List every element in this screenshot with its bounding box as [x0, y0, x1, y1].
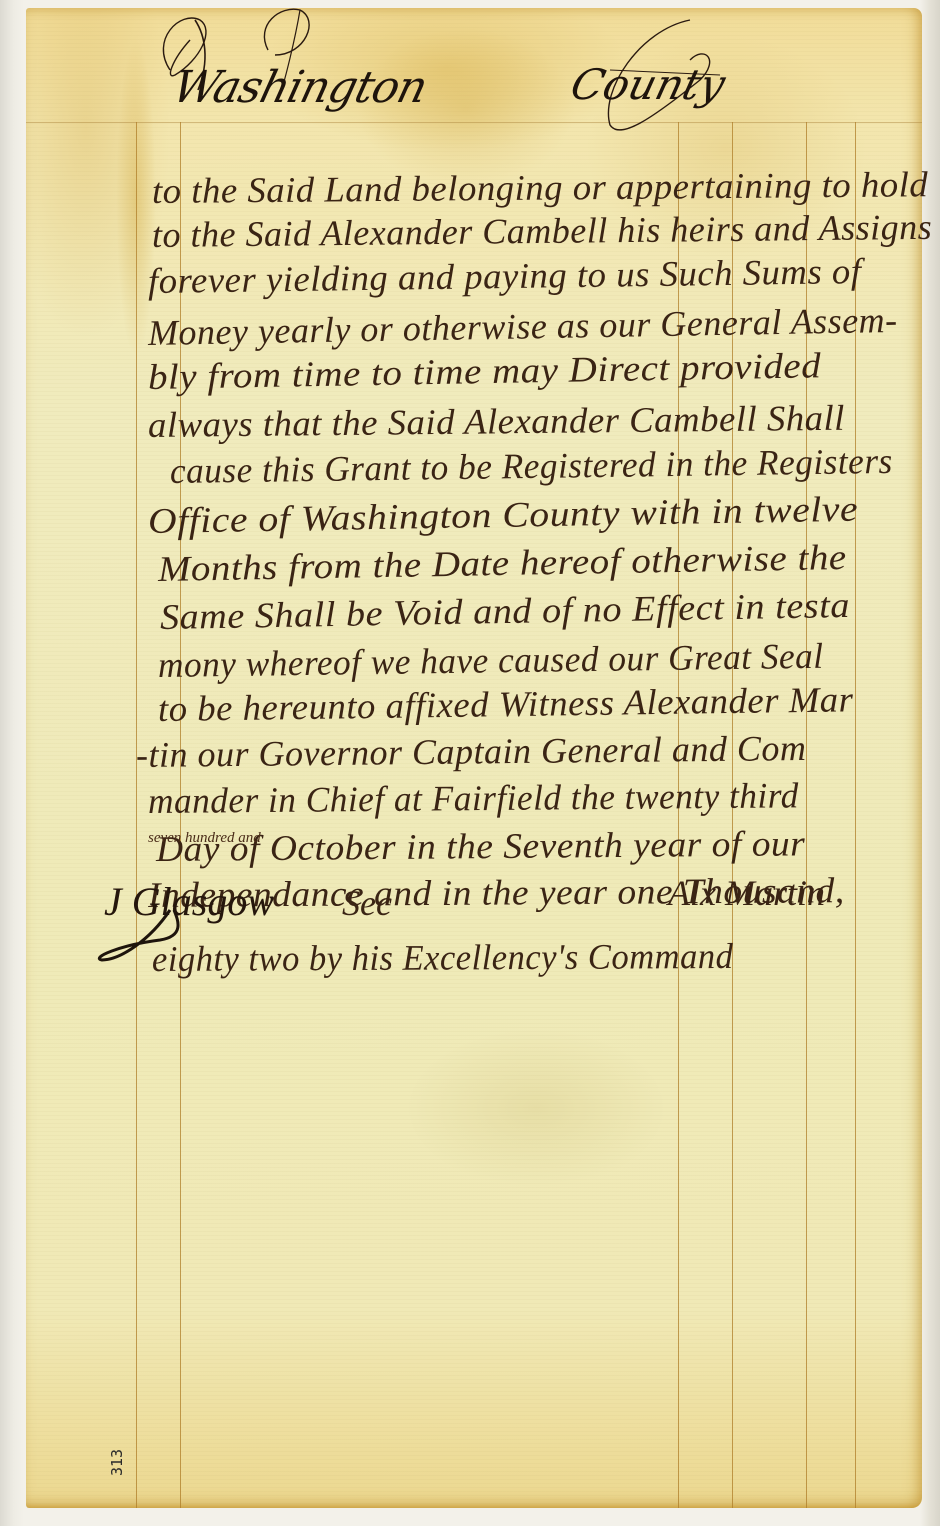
governor-signature: Alx Martin	[668, 872, 825, 914]
text-line: mander in Chief at Fairfield the twenty …	[148, 774, 799, 824]
heading-county-name: Washington	[168, 62, 432, 113]
foxing-stain	[406, 1028, 666, 1188]
interlinear-insertion: seven hundred and	[148, 830, 261, 847]
secretary-signature: J Glasgow	[104, 878, 274, 925]
header-rule-line	[26, 122, 922, 123]
folio-number: 313	[108, 1449, 126, 1476]
text-line: -tin our Governor Captain General and Co…	[136, 727, 807, 778]
secretary-title: Sec	[342, 882, 392, 924]
heading-county-label: County	[566, 60, 730, 109]
text-line: eighty two by his Excellency's Command	[152, 935, 734, 982]
text-line: always that the Said Alexander Cambell S…	[148, 397, 845, 448]
margin-rule-line	[136, 122, 137, 1508]
